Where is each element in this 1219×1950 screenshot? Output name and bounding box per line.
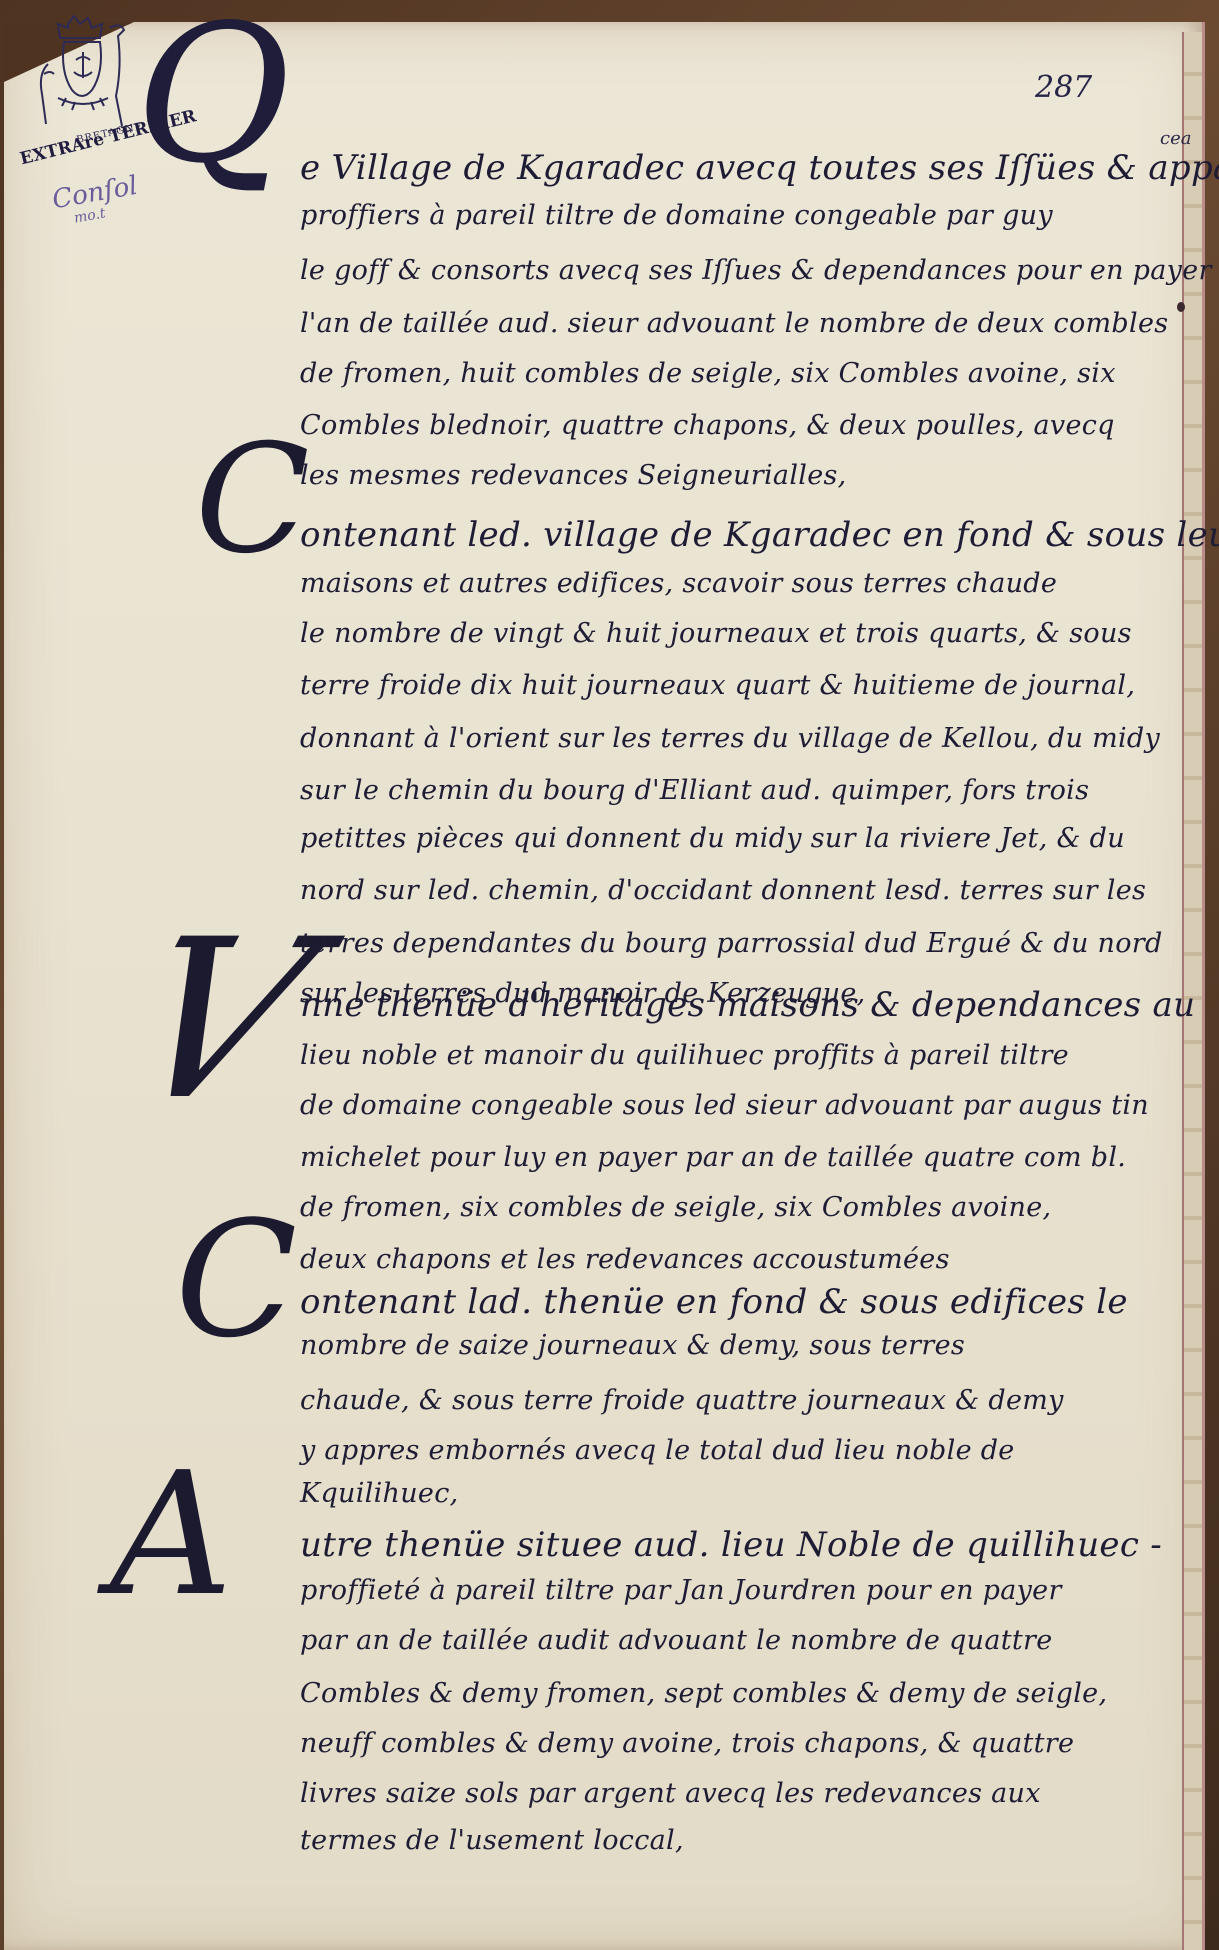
text-line: le goff & consorts avecq ses Iſſues & de…: [300, 255, 1212, 286]
text-line: Combles & demy fromen, sept combles & de…: [300, 1678, 1107, 1709]
ornate-initial-c: C: [195, 425, 310, 575]
text-line: y appres embornés avecq le total dud lie…: [300, 1435, 1015, 1466]
ornate-initial-c: C: [175, 1200, 297, 1360]
text-line: l'an de taillée aud. sieur advouant le n…: [300, 308, 1168, 339]
text-line: nord sur led. chemin, d'occidant donnent…: [300, 875, 1146, 906]
text-line: deux chapons et les redevances accoustum…: [300, 1244, 950, 1275]
text-line: par an de taillée audit advouant le nomb…: [300, 1625, 1053, 1656]
coat-of-arms-icon: [28, 14, 138, 134]
text-line: terre froide dix huit journeaux quart & …: [300, 670, 1135, 701]
text-line: e Village de Kgaradec avecq toutes ses I…: [300, 148, 1219, 188]
text-line: de domaine congeable sous led sieur advo…: [300, 1090, 1149, 1121]
folio-number: 287: [1035, 70, 1092, 105]
text-line: ontenant led. village de Kgaradec en fon…: [300, 515, 1219, 555]
text-line: nombre de saize journeaux & demy, sous t…: [300, 1330, 965, 1361]
text-line: lieu noble et manoir du quilihuec proffi…: [300, 1040, 1069, 1071]
text-line: Combles blednoir, quattre chapons, & deu…: [300, 410, 1115, 441]
text-line: de fromen, six combles de seigle, six Co…: [300, 1192, 1051, 1223]
text-line: ontenant lad. thenüe en fond & sous edif…: [300, 1282, 1128, 1322]
text-line: sur le chemin du bourg d'Elliant aud. qu…: [300, 775, 1089, 806]
text-line: nne thenüe d'heritages maisons & dependa…: [300, 985, 1195, 1025]
ornate-initial-a: A: [110, 1450, 233, 1620]
text-line: petittes pièces qui donnent du midy sur …: [300, 823, 1125, 854]
marginal-superscript: cea: [1160, 128, 1191, 149]
text-line: de fromen, huit combles de seigle, six C…: [300, 358, 1116, 389]
text-line: donnant à l'orient sur les terres du vil…: [300, 723, 1160, 754]
text-line: utre thenüe situee aud. lieu Noble de qu…: [300, 1525, 1162, 1565]
text-line: livres saize sols par argent avecq les r…: [300, 1778, 1041, 1809]
text-line: Kquilihuec,: [300, 1478, 459, 1509]
text-line: terres dependantes du bourg parrossial d…: [300, 928, 1163, 959]
text-line: termes de l'usement loccal,: [300, 1825, 684, 1856]
ink-blot: [1177, 302, 1185, 312]
text-line: maisons et autres edifices, scavoir sous…: [300, 568, 1057, 599]
text-line: chaude, & sous terre froide quattre jour…: [300, 1385, 1064, 1416]
text-line: neuff combles & demy avoine, trois chapo…: [300, 1728, 1074, 1759]
text-line: les mesmes redevances Seigneurialles,: [300, 460, 847, 491]
text-line: le nombre de vingt & huit journeaux et t…: [300, 618, 1132, 649]
ornate-initial-q: Q: [135, 0, 291, 190]
text-line: proffieté à pareil tiltre par Jan Jourdr…: [300, 1575, 1062, 1606]
text-line: michelet pour luy en payer par an de tai…: [300, 1142, 1126, 1173]
text-line: proffiers à pareil tiltre de domaine con…: [300, 200, 1053, 231]
